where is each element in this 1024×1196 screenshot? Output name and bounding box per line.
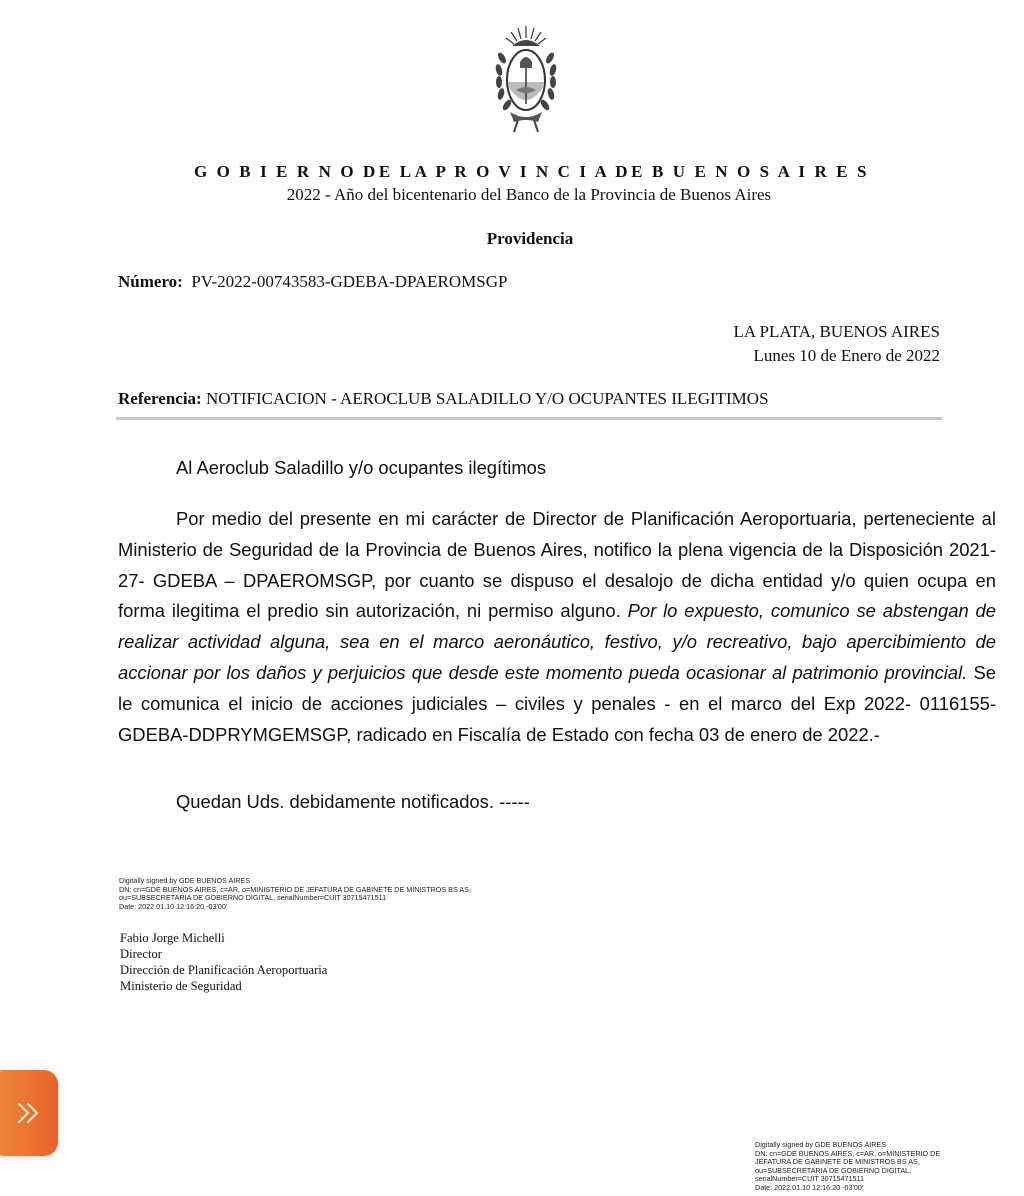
document-number-value: PV-2022-00743583-GDEBA-DPAEROMSGP [191,272,507,291]
signer-block: Fabio Jorge Michelli Director Dirección … [120,930,327,994]
reference-label: Referencia: [118,389,202,408]
closing-line: Quedan Uds. debidamente notificados. ---… [118,787,1024,818]
double-chevron-right-icon [15,1099,43,1127]
salutation: Al Aeroclub Saladillo y/o ocupantes ileg… [118,453,1024,484]
signer-name: Fabio Jorge Michelli [120,930,327,946]
document-type: Providencia [0,229,1024,249]
government-title: G O B I E R N O DE LA P R O V I N C I A … [0,162,1024,182]
signer-title: Director [120,946,327,962]
year-motto: 2022 - Año del bicentenario del Banco de… [0,185,1024,205]
side-expand-button[interactable] [0,1070,58,1156]
place: LA PLATA, BUENOS AIRES [734,320,940,344]
signature-line: Date: 2022.01.10 12:16:20 -03'00' [755,1184,995,1193]
signer-ministry: Ministerio de Seguridad [120,978,327,994]
signature-line: Date: 2022.01.10 12:16:20 -03'00' [119,903,471,912]
signer-department: Dirección de Planificación Aeroportuaria [120,962,327,978]
divider [116,417,942,420]
date: Lunes 10 de Enero de 2022 [734,344,940,368]
digital-signature-block-2: Digitally signed by GDE BUENOS AIRES DN:… [755,1141,995,1196]
digital-signature-block: Digitally signed by GDE BUENOS AIRES DN:… [119,877,471,911]
place-and-date: LA PLATA, BUENOS AIRES Lunes 10 de Enero… [734,320,940,368]
document-number-label: Número: [118,272,183,291]
reference-value: NOTIFICACION - AEROCLUB SALADILLO Y/O OC… [206,389,769,408]
document-number: Número: PV-2022-00743583-GDEBA-DPAEROMSG… [118,272,507,292]
notification-paragraph: Por medio del presente en mi carácter de… [118,504,996,750]
coat-of-arms-icon [494,24,558,134]
reference: Referencia: NOTIFICACION - AEROCLUB SALA… [118,389,769,409]
